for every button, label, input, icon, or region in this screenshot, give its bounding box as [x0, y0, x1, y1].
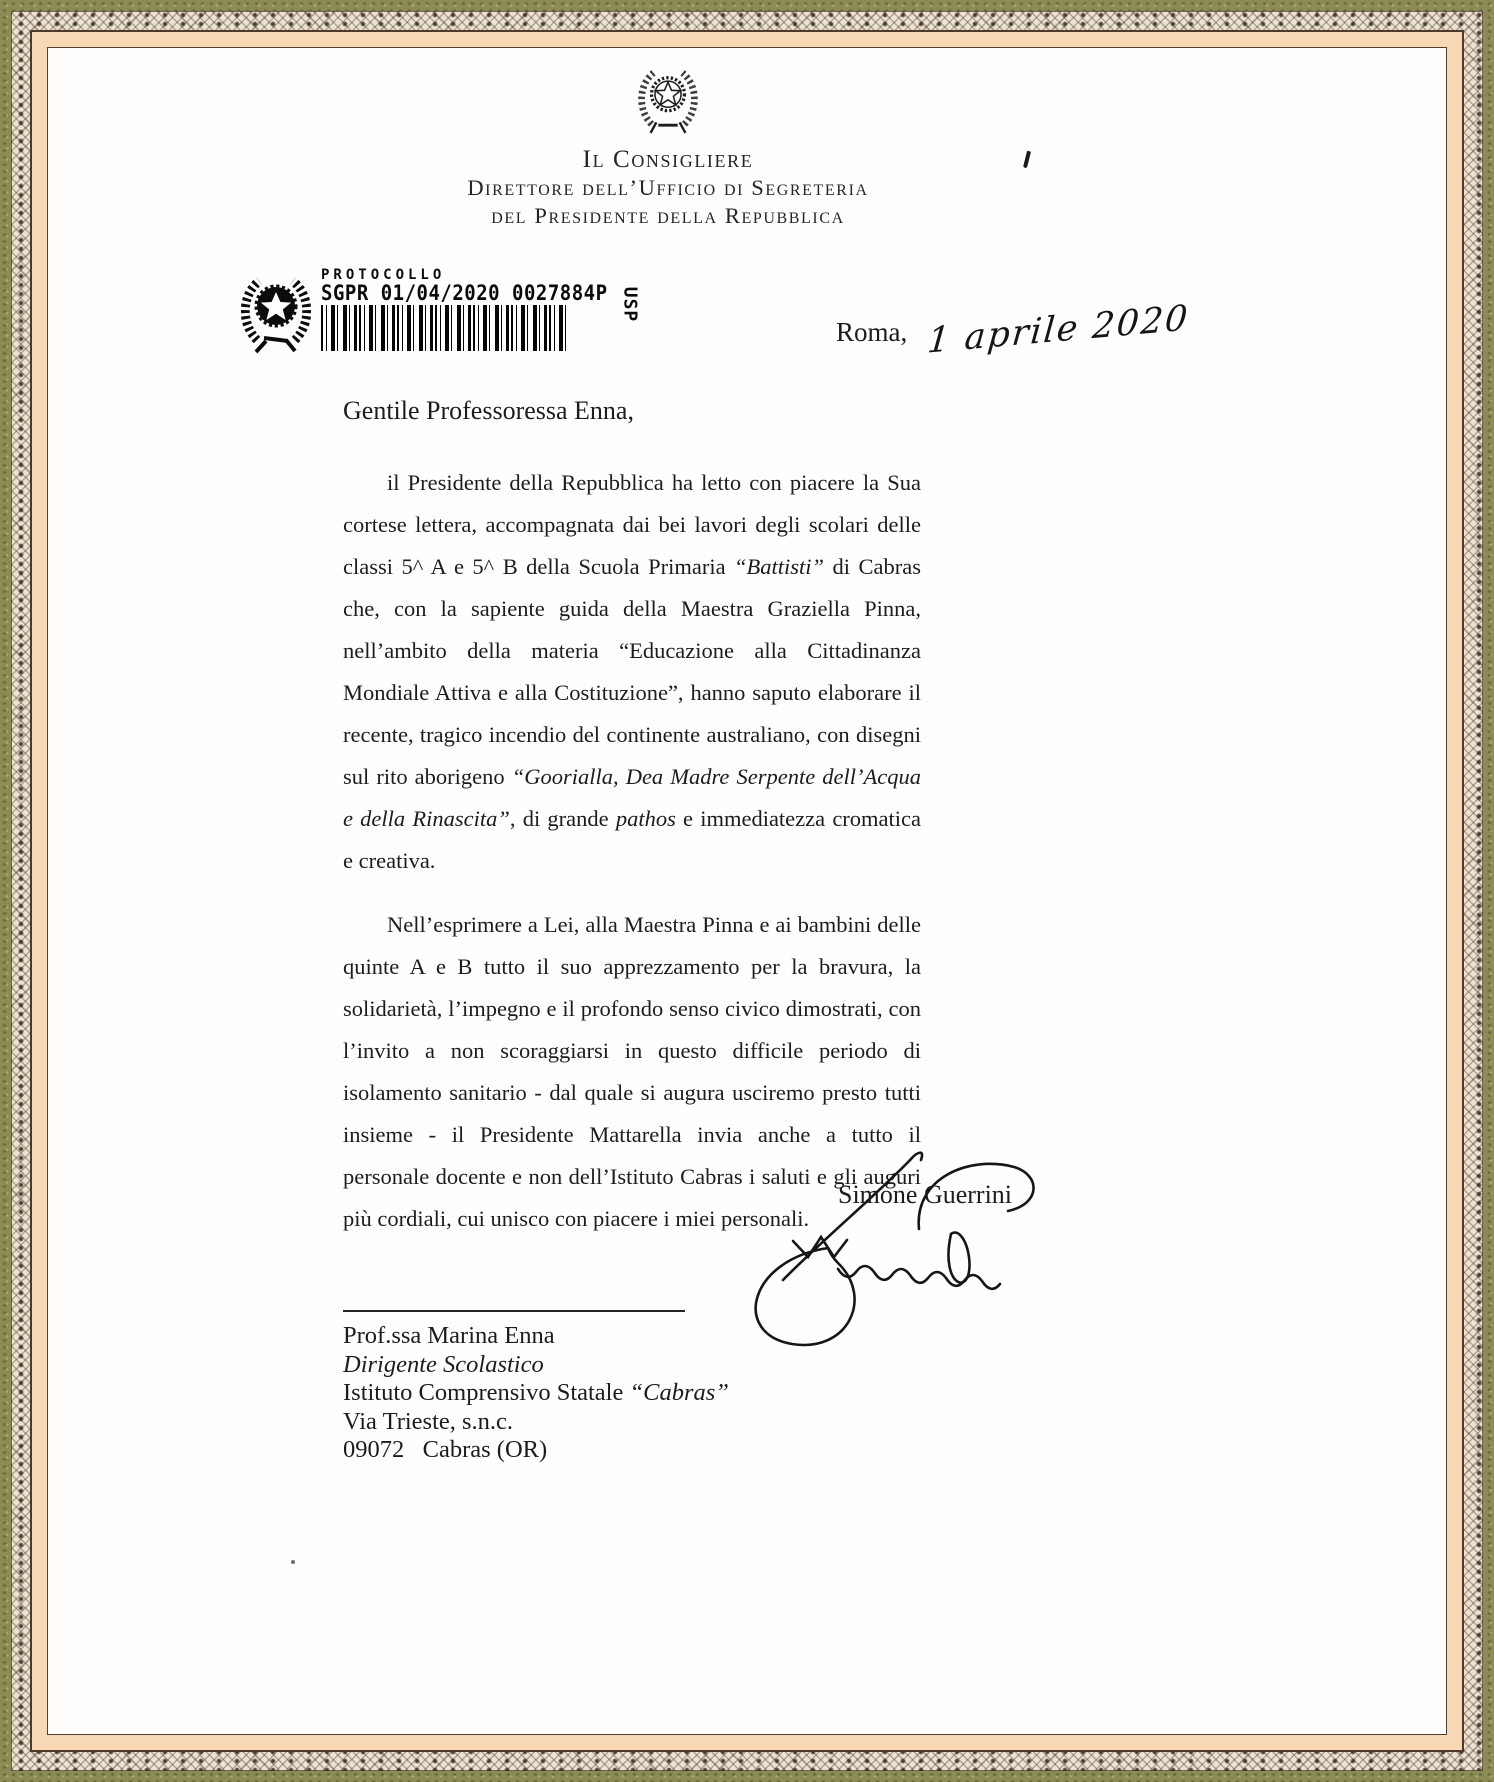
text-segment-italic: “Cabras” [630, 1379, 729, 1406]
text-segment: di Cabras che, con la sapiente guida del… [343, 554, 921, 789]
text-segment: Prof.ssa Marina Enna [343, 1322, 555, 1349]
signature-block: Simone Guerrini [688, 1128, 1054, 1364]
dateline: Roma, 1 aprile 2020 [836, 310, 1190, 350]
salutation: Gentile Professoressa Enna, [343, 396, 921, 426]
text-segment: Istituto Comprensivo Statale [343, 1379, 630, 1406]
text-segment: , di grande [510, 806, 616, 831]
letter-paragraph: il Presidente della Repubblica ha letto … [343, 462, 921, 882]
recipient-line: Dirigente Scolastico [343, 1351, 729, 1380]
ink-mark [1023, 151, 1031, 168]
barcode [321, 305, 567, 351]
stamp-protocol-code: SGPR 01/04/2020 0027884P [321, 282, 608, 304]
handwritten-date: 1 aprile 2020 [926, 298, 1191, 361]
recipient-lines: Prof.ssa Marina EnnaDirigente Scolastico… [343, 1322, 729, 1465]
letterhead: Il Consigliere Direttore dell’Ufficio di… [368, 146, 968, 229]
signer-name: Simone Guerrini [838, 1180, 1012, 1210]
letter-content: Il Consigliere Direttore dell’Ufficio di… [48, 48, 1446, 1734]
letterhead-line: Il Consigliere [368, 146, 968, 174]
italy-emblem-icon [637, 64, 699, 141]
letterhead-line: del Presidente della Repubblica [368, 202, 968, 230]
text-segment: Via Trieste, s.n.c. [343, 1408, 513, 1435]
recipient-line: Via Trieste, s.n.c. [343, 1408, 729, 1437]
stamp-emblem-icon [241, 272, 311, 359]
letterhead-line: Direttore dell’Ufficio di Segreteria [368, 174, 968, 202]
scan-dot-artifact [291, 1560, 295, 1564]
dateline-city: Roma, [836, 317, 907, 347]
recipient-line: Prof.ssa Marina Enna [343, 1322, 729, 1351]
recipient-block: Prof.ssa Marina EnnaDirigente Scolastico… [343, 1310, 729, 1465]
framed-letter-page: Il Consigliere Direttore dell’Ufficio di… [0, 0, 1494, 1782]
text-segment-italic: pathos [616, 806, 676, 831]
recipient-rule [343, 1310, 685, 1312]
text-segment-italic: “Battisti” [734, 554, 824, 579]
handwritten-signature-icon [688, 1128, 1054, 1364]
letter-paragraphs: il Presidente della Repubblica ha letto … [343, 462, 921, 1240]
text-segment: 09072 Cabras (OR) [343, 1436, 547, 1463]
protocol-stamp: PROTOCOLLO SGPR 01/04/2020 0027884P USP [241, 268, 643, 360]
stamp-side-text: USP [619, 287, 640, 323]
stamp-body: PROTOCOLLO SGPR 01/04/2020 0027884P [321, 268, 608, 351]
recipient-line: 09072 Cabras (OR) [343, 1436, 729, 1465]
recipient-line: Istituto Comprensivo Statale “Cabras” [343, 1379, 729, 1408]
text-segment-italic: Dirigente Scolastico [343, 1351, 544, 1378]
